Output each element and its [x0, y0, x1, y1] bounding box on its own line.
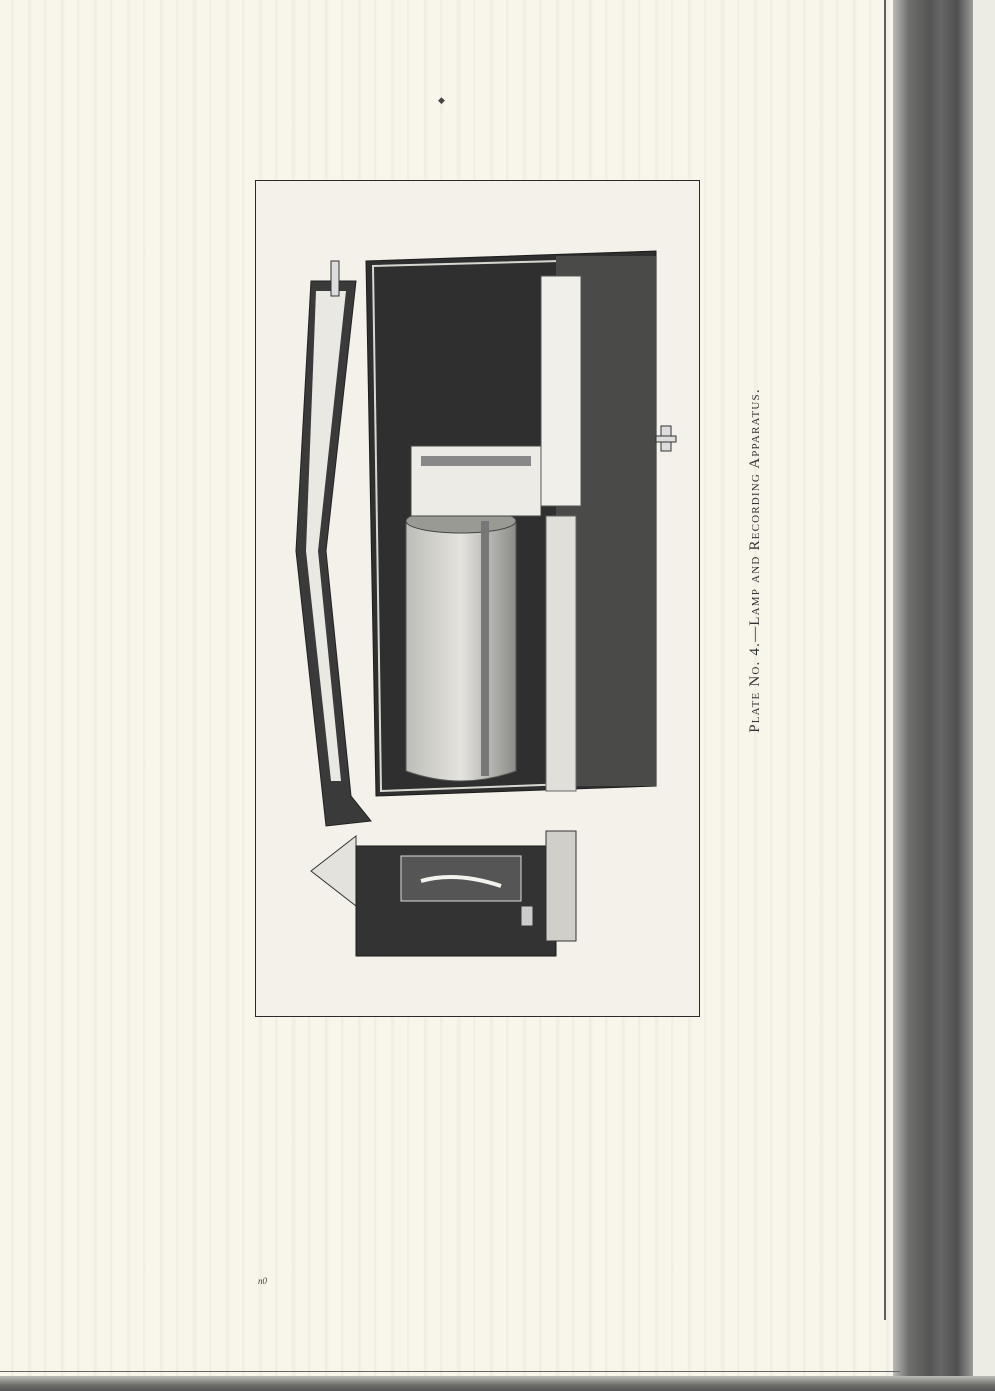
figure-plate: [255, 180, 700, 1017]
recording-drum: [406, 516, 516, 781]
lamp-housing: [311, 831, 576, 956]
ink-speck: ◆: [438, 95, 445, 106]
facing-page-edge: [973, 0, 995, 1391]
lamp-recording-apparatus-illustration: [256, 181, 699, 1016]
page-bottom-edge-line: [0, 1371, 900, 1372]
handwritten-mark: n0: [258, 1276, 267, 1286]
binding-gutter-shadow: [893, 0, 973, 1391]
winding-key: [656, 426, 676, 451]
bottom-scan-shadow: [0, 1376, 995, 1391]
page-gutter-line: [884, 0, 886, 1320]
paper-roll: [541, 276, 581, 506]
figure-caption: Plate No. 4.—Lamp and Recording Apparatu…: [735, 310, 775, 810]
caption-text: Plate No. 4.—Lamp and Recording Apparatu…: [747, 388, 764, 733]
